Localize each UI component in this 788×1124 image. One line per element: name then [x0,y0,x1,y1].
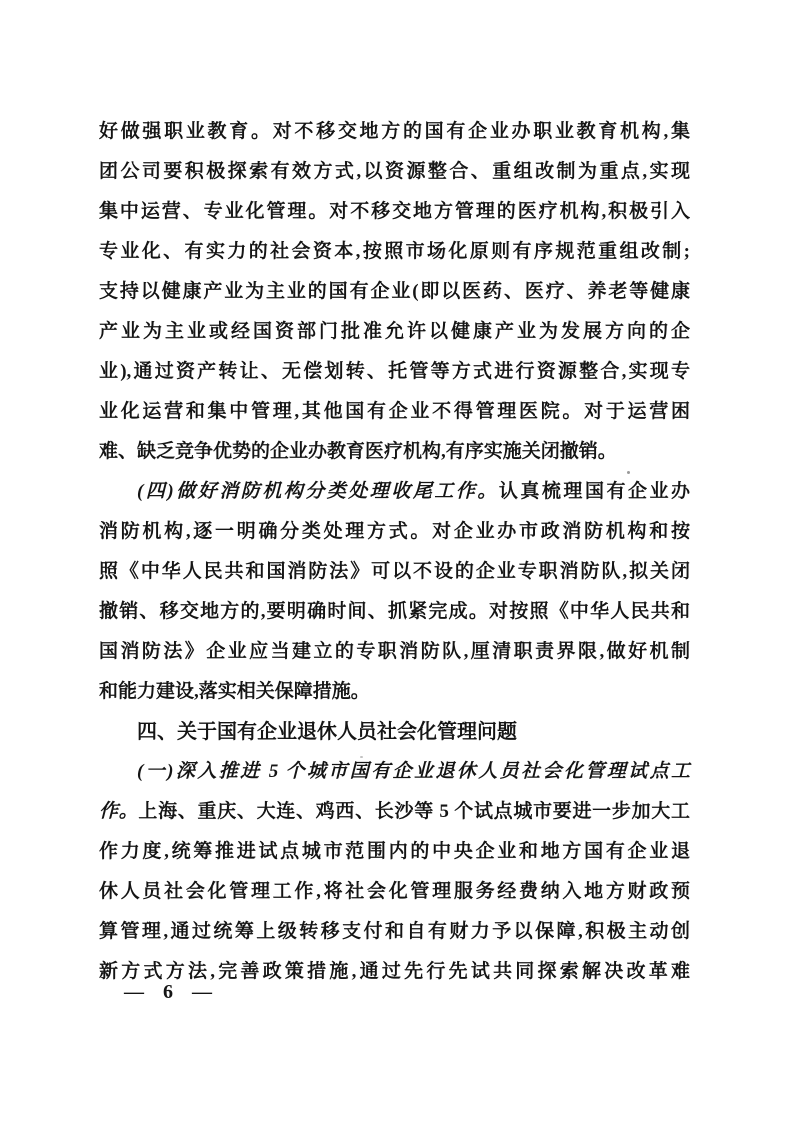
text-line: 专业化、有实力的社会资本,按照市场化原则有序规范重组改制; [99,232,690,272]
text-line: (一)深入推进 5 个城市国有企业退休人员社会化管理试点工 [99,752,690,792]
text-line: 业化运营和集中管理,其他国有企业不得管理医院。对于运营困 [99,392,690,432]
text-segment-body: 产业为主业或经国资部门批准允许以健康产业为发展方向的企 [99,321,690,342]
text-segment-body: 国消防法》企业应当建立的专职消防队,厘清职责界限,做好机制 [99,641,690,662]
scan-artifact [360,756,363,758]
text-line: 支持以健康产业为主业的国有企业(即以医药、医疗、养老等健康 [99,272,690,312]
text-segment-body: 集中运营、专业化管理。对不移交地方管理的医疗机构,积极引入 [99,201,690,222]
text-segment-heading: 四、关于国有企业退休人员社会化管理问题 [137,721,517,743]
text-segment-body: 好做强职业教育。对不移交地方的国有企业办职业教育机构,集 [99,121,690,142]
text-line: 撤销、移交地方的,要明确时间、抓紧完成。对按照《中华人民共和 [99,592,690,632]
text-line: 休人员社会化管理工作,将社会化管理服务经费纳入地方财政预 [99,872,690,912]
text-segment-body: 业化运营和集中管理,其他国有企业不得管理医院。对于运营困 [99,401,690,422]
text-segment-body: 上海、重庆、大连、鸡西、长沙等 5 个试点城市要进一步加大工 [138,801,690,822]
text-segment-body: 作力度,统筹推进试点城市范围内的中央企业和地方国有企业退 [99,841,690,862]
text-line: 业),通过资产转让、无偿划转、托管等方式进行资源整合,实现专 [99,352,690,392]
text-segment-body: 难、缺乏竞争优势的企业办教育医疗机构,有序实施关闭撤销。 [99,441,617,462]
text-line: 团公司要积极探索有效方式,以资源整合、重组改制为重点,实现 [99,152,690,192]
text-segment-body: 认真梳理国有企业办 [499,481,690,502]
section-heading: 四、关于国有企业退休人员社会化管理问题 [99,712,690,752]
text-line: 集中运营、专业化管理。对不移交地方管理的医疗机构,积极引入 [99,192,690,232]
text-segment-body: 撤销、移交地方的,要明确时间、抓紧完成。对按照《中华人民共和 [99,601,690,622]
text-line: (四)做好消防机构分类处理收尾工作。认真梳理国有企业办 [99,472,690,512]
document-page: 好做强职业教育。对不移交地方的国有企业办职业教育机构,集团公司要积极探索有效方式… [0,0,788,1124]
text-segment-body: 支持以健康产业为主业的国有企业(即以医药、医疗、养老等健康 [99,281,690,302]
text-line: 产业为主业或经国资部门批准允许以健康产业为发展方向的企 [99,312,690,352]
text-line: 照《中华人民共和国消防法》可以不设的企业专职消防队,拟关闭 [99,552,690,592]
text-line: 算管理,通过统筹上级转移支付和自有财力予以保障,积极主动创 [99,912,690,952]
text-segment-body: 团公司要积极探索有效方式,以资源整合、重组改制为重点,实现 [99,161,690,182]
text-segment-kai: (一)深入推进 5 个城市国有企业退休人员社会化管理试点工 [137,761,690,782]
text-segment-body: 休人员社会化管理工作,将社会化管理服务经费纳入地方财政预 [99,881,690,902]
text-segment-body: 照《中华人民共和国消防法》可以不设的企业专职消防队,拟关闭 [99,561,690,582]
text-segment-body: 专业化、有实力的社会资本,按照市场化原则有序规范重组改制; [99,241,690,262]
text-segment-body: 消防机构,逐一明确分类处理方式。对企业办市政消防机构和按 [99,521,690,542]
text-line: 好做强职业教育。对不移交地方的国有企业办职业教育机构,集 [99,112,690,152]
page-number: — 6 — [124,981,214,1004]
text-segment-body: 算管理,通过统筹上级转移支付和自有财力予以保障,积极主动创 [99,921,690,942]
text-line: 难、缺乏竞争优势的企业办教育医疗机构,有序实施关闭撤销。 [99,432,690,472]
text-line: 作力度,统筹推进试点城市范围内的中央企业和地方国有企业退 [99,832,690,872]
text-segment-body: 和能力建设,落实相关保障措施。 [99,681,370,702]
text-segment-body: 业),通过资产转让、无偿划转、托管等方式进行资源整合,实现专 [99,361,690,382]
text-segment-kai: 作。 [99,801,138,822]
text-line: 和能力建设,落实相关保障措施。 [99,672,690,712]
text-segment-kai: (四)做好消防机构分类处理收尾工作。 [137,481,499,502]
document-text-block: 好做强职业教育。对不移交地方的国有企业办职业教育机构,集团公司要积极探索有效方式… [99,112,690,992]
scan-artifact [627,471,630,474]
text-line: 消防机构,逐一明确分类处理方式。对企业办市政消防机构和按 [99,512,690,552]
text-line: 国消防法》企业应当建立的专职消防队,厘清职责界限,做好机制 [99,632,690,672]
text-line: 作。上海、重庆、大连、鸡西、长沙等 5 个试点城市要进一步加大工 [99,792,690,832]
text-segment-body: 新方式方法,完善政策措施,通过先行先试共同探索解决改革难 [99,961,690,982]
